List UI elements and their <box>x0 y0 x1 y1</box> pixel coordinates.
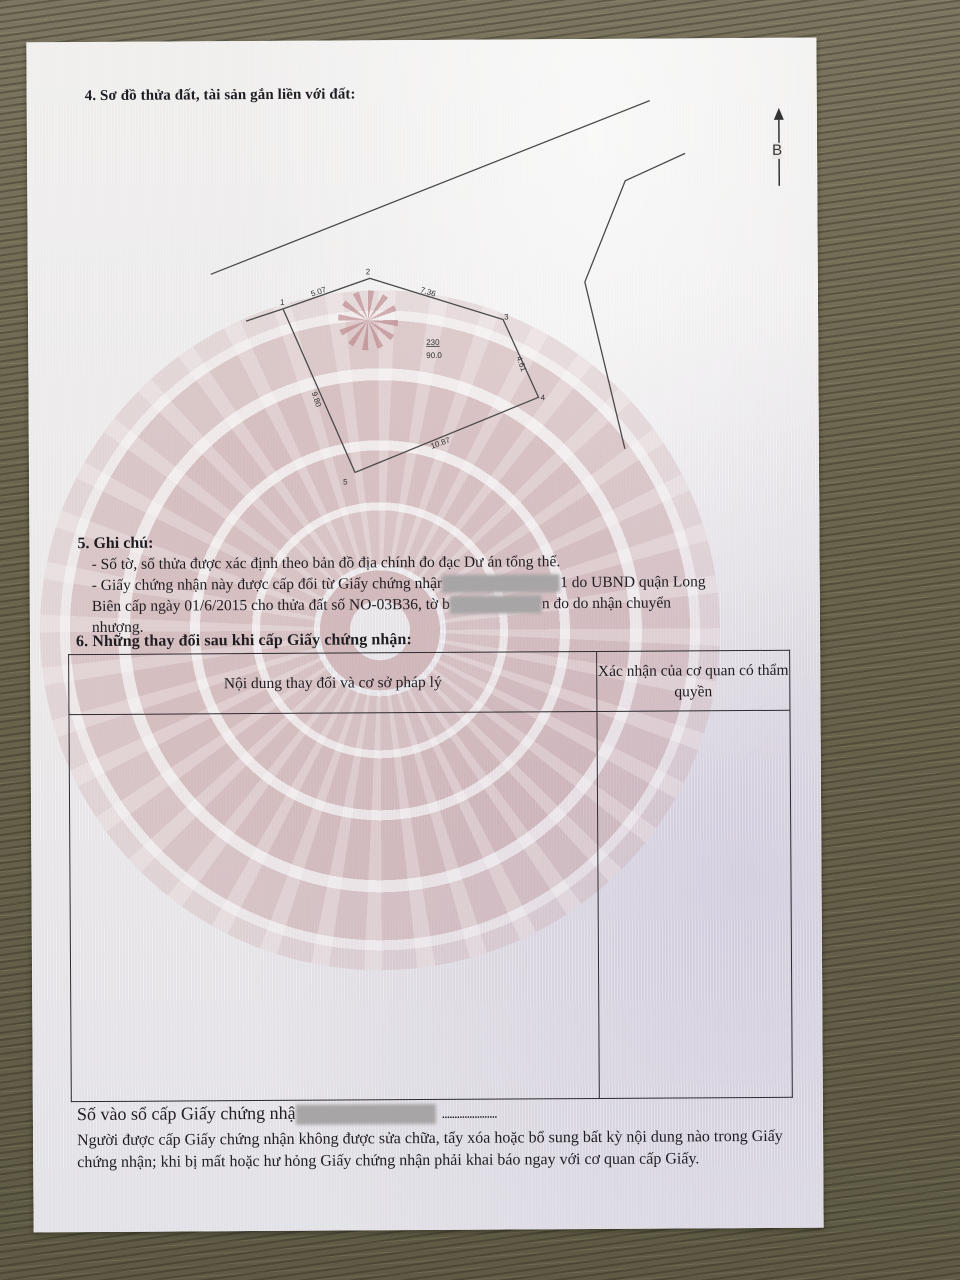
parcel-area: 90.0 <box>426 351 442 360</box>
column-header-confirmation: Xác nhận của cơ quan có thẩm quyền <box>597 650 790 711</box>
parcel-boundary <box>246 277 539 473</box>
road-boundary-line <box>210 101 651 275</box>
vertex-3-label: 3 <box>504 312 509 321</box>
redacted-certificate-number <box>442 575 560 594</box>
vertex-5-label: 5 <box>343 477 348 486</box>
note-2: - Giấy chứng nhận này được cấp đổi từ Gi… <box>78 571 798 596</box>
notes-section: 5. Ghi chú: - Số tờ, số thửa được xác đị… <box>77 529 798 638</box>
vertex-4-label: 4 <box>541 393 546 402</box>
vertex-2-label: 2 <box>366 267 371 276</box>
column-header-content: Nội dung thay đổi và cơ sở pháp lý <box>69 651 597 714</box>
edge-5-1-length: 9.80 <box>310 390 324 408</box>
authority-confirmation-cell <box>597 710 792 1098</box>
vertex-1-label: 1 <box>280 298 285 307</box>
changes-table: Nội dung thay đổi và cơ sở pháp lý Xác n… <box>68 650 793 1102</box>
redacted-registry-number <box>296 1104 436 1125</box>
edge-2-3-length: 7.36 <box>419 285 437 298</box>
land-parcel-sketch: 1 2 3 4 5 5.07 7.36 4.61 10.87 9.80 230 … <box>26 38 819 543</box>
table-header-row: Nội dung thay đổi và cơ sở pháp lý Xác n… <box>69 650 790 714</box>
table-row-empty <box>69 710 792 1101</box>
registry-number-line: Số vào sổ cấp Giấy chứng nhậ............… <box>77 1102 497 1126</box>
redacted-map-sheet <box>450 596 542 615</box>
edge-4-5-length: 10.87 <box>429 435 451 451</box>
adjacent-boundary-line <box>584 153 687 449</box>
north-label: B <box>772 143 782 159</box>
parcel-number: 230 <box>426 338 440 347</box>
change-content-cell <box>69 711 599 1101</box>
certificate-page: 4. Sơ đồ thửa đất, tài sản gắn liền với … <box>26 38 823 1233</box>
warning-note: Người được cấp Giấy chứng nhận không đượ… <box>77 1126 817 1175</box>
section-6-title: 6. Những thay đổi sau khi cấp Giấy chứng… <box>76 631 412 651</box>
north-arrow: B <box>769 108 789 188</box>
